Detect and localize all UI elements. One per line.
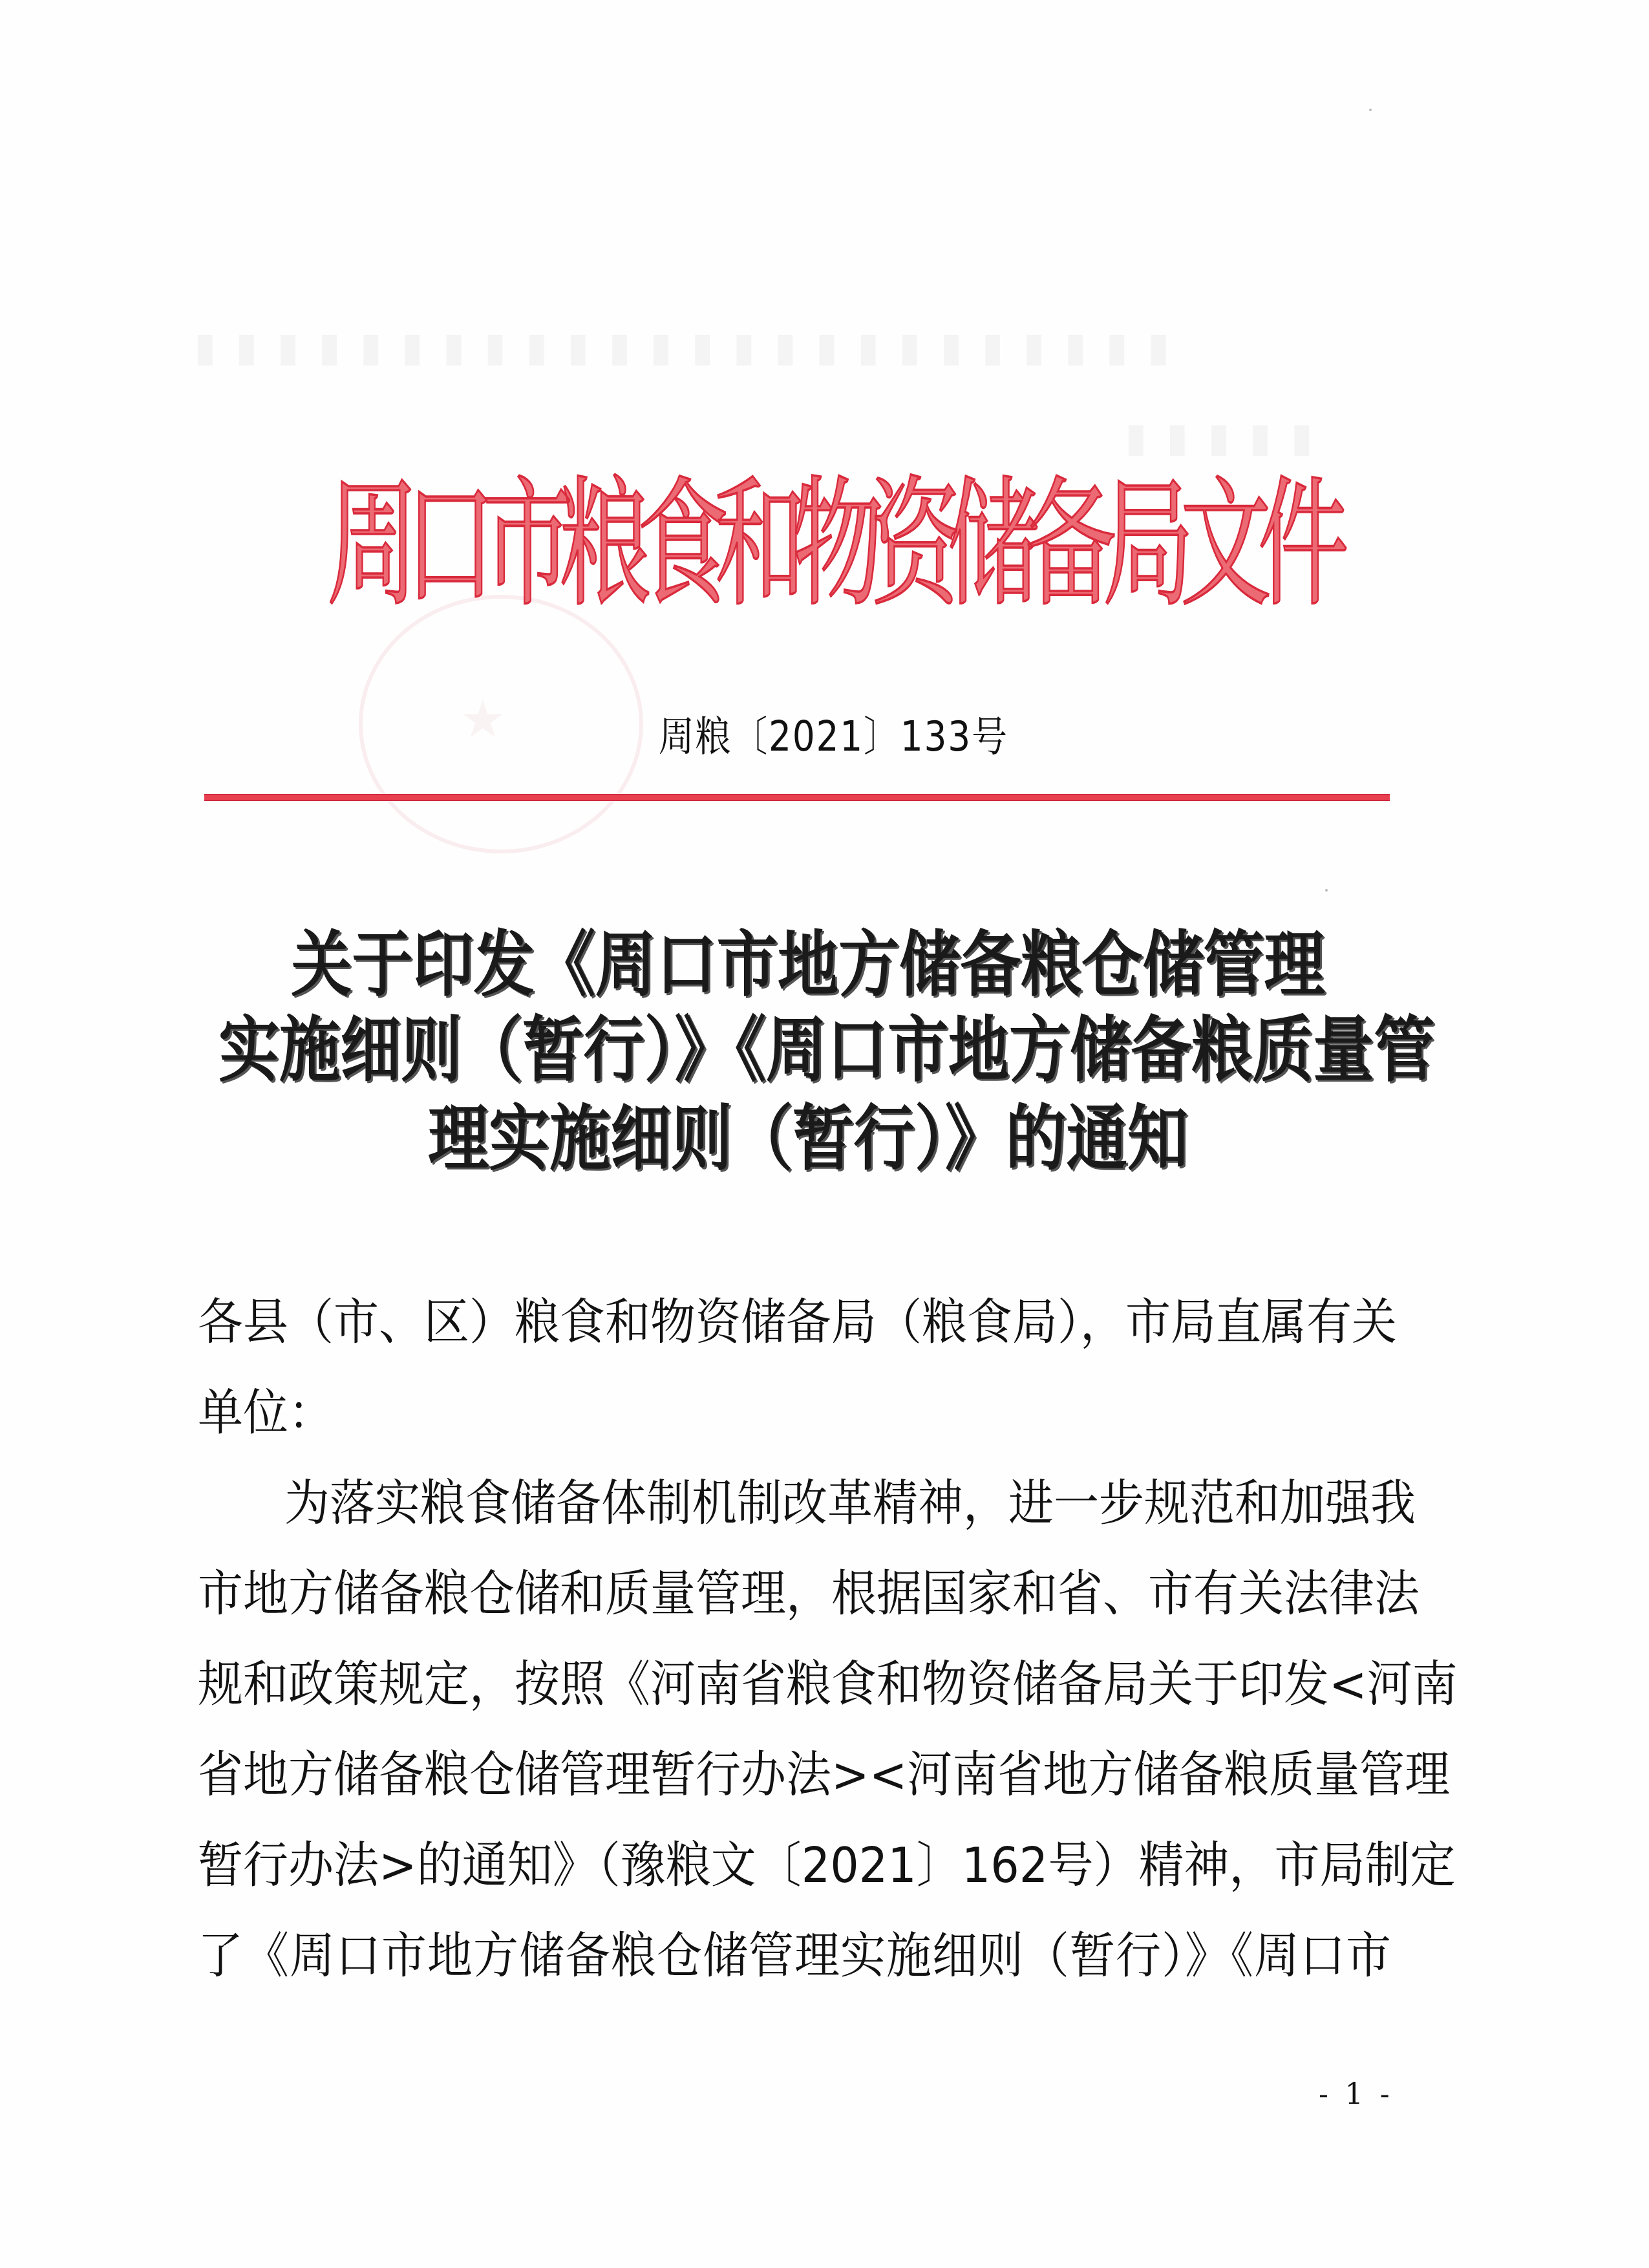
body-paragraph-line: 暂行办法>的通知》（豫粮文〔2021〕162号）精神，市局制定 [198,1827,1391,1904]
body-paragraph-line: 规和政策规定，按照《河南省粮食和物资储备局关于印发<河南 [198,1646,1391,1723]
body-paragraph-line: 省地方储备粮仓储管理暂行办法><河南省地方储备粮质量管理 [198,1737,1391,1813]
scan-speck [1325,889,1328,892]
document-page: ▮▮▮▮▮▮▮▮▮▮▮▮▮▮▮▮▮▮▮▮▮▮▮▮ ▮▮▮▮▮ ★ 周口市粮食和物… [0,0,1649,2268]
issuer-red-header: 周口市粮食和物资储备局文件 [327,447,1289,644]
addressee-line-1: 各县（市、区）粮食和物资储备局（粮食局），市局直属有关 [198,1284,1391,1361]
document-title-line-3: 理实施细则（暂行）》的通知 [218,1092,1398,1186]
document-title-line-1: 关于印发《周口市地方储备粮仓储管理 [218,918,1398,1012]
page-number: - 1 - [1319,2075,1394,2114]
body-paragraph-line: 市地方储备粮仓储和质量管理，根据国家和省、市有关法律法 [198,1556,1391,1632]
red-divider-line [204,794,1390,801]
body-paragraph-line: 为落实粮食储备体制机制改革精神，进一步规范和加强我 [284,1465,1391,1542]
document-number: 周粮〔2021〕133号 [305,708,1361,766]
body-paragraph-line: 了《周口市地方储备粮仓储管理实施细则（暂行）》《周口市 [198,1918,1391,1995]
scan-speck [1369,109,1372,111]
reverse-side-bleed-through: ▮▮▮▮▮▮▮▮▮▮▮▮▮▮▮▮▮▮▮▮▮▮▮▮ [194,323,1396,370]
document-title-line-2: 实施细则（暂行）》《周口市地方储备粮质量管 [218,1003,1398,1098]
addressee-line-2: 单位： [198,1375,334,1451]
